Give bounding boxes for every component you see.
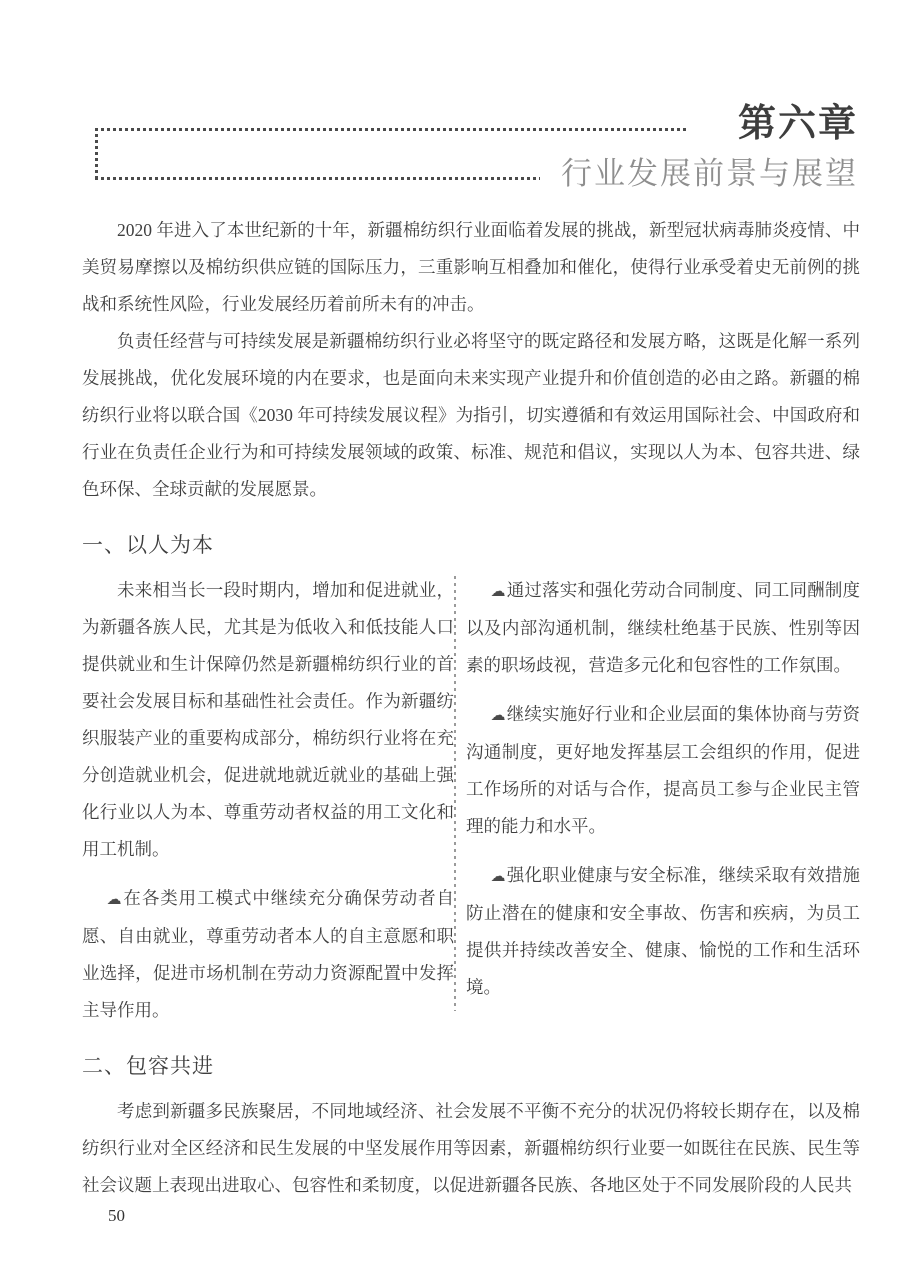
section-heading-inclusive-progress: 二、包容共进: [82, 1050, 860, 1080]
two-column-block: 未来相当长一段时期内，增加和促进就业，为新疆各族人民，尤其是为低收入和低技能人口…: [82, 572, 860, 1029]
right-bullet-item: ☁强化职业健康与安全标准，继续采取有效措施防止潜在的健康和安全事故、伤害和疾病，…: [466, 857, 860, 1006]
cotton-bullet-icon: ☁: [491, 582, 506, 600]
page-content: 2020 年进入了本世纪新的十年，新疆棉纺织行业面临着发展的挑战，新型冠状病毒肺…: [82, 212, 860, 1204]
column-divider-dashed-line: [454, 576, 456, 1011]
header-top-dashed-line: [95, 128, 687, 131]
right-bullet-text-1: 通过落实和强化劳动合同制度、同工同酬制度以及内部沟通机制，继续杜绝基于民族、性别…: [466, 580, 860, 675]
inclusive-paragraph: 考虑到新疆多民族聚居，不同地域经济、社会发展不平衡不充分的状况仍将较长期存在，以…: [82, 1093, 860, 1204]
cotton-bullet-icon: ☁: [107, 890, 123, 908]
left-bullet-text: 在各类用工模式中继续充分确保劳动者自愿、自由就业，尊重劳动者本人的自主意愿和职业…: [82, 888, 454, 1020]
right-bullet-item: ☁继续实施好行业和企业层面的集体协商与劳资沟通制度，更好地发挥基层工会组织的作用…: [466, 696, 860, 845]
section-heading-people-first: 一、以人为本: [82, 529, 860, 559]
right-bullet-text-2: 继续实施好行业和企业层面的集体协商与劳资沟通制度，更好地发挥基层工会组织的作用，…: [466, 704, 860, 836]
cotton-bullet-icon: ☁: [491, 706, 506, 724]
header-bottom-dashed-line: [95, 177, 540, 180]
left-column: 未来相当长一段时期内，增加和促进就业，为新疆各族人民，尤其是为低收入和低技能人口…: [82, 572, 454, 1029]
page-number: 50: [108, 1206, 125, 1226]
intro-paragraph-2: 负责任经营与可持续发展是新疆棉纺织行业必将坚守的既定路径和发展方略，这既是化解一…: [82, 323, 860, 508]
chapter-title: 行业发展前景与展望: [561, 156, 858, 192]
header-left-dashed-line: [95, 128, 98, 180]
right-column: ☁通过落实和强化劳动合同制度、同工同酬制度以及内部沟通机制，继续杜绝基于民族、性…: [462, 572, 860, 1029]
intro-paragraph-1: 2020 年进入了本世纪新的十年，新疆棉纺织行业面临着发展的挑战，新型冠状病毒肺…: [82, 212, 860, 323]
right-bullet-text-3: 强化职业健康与安全标准，继续采取有效措施防止潜在的健康和安全事故、伤害和疾病，为…: [466, 865, 860, 997]
cotton-bullet-icon: ☁: [491, 867, 506, 885]
left-bullet-item: ☁在各类用工模式中继续充分确保劳动者自愿、自由就业，尊重劳动者本人的自主意愿和职…: [82, 880, 454, 1029]
left-lead-paragraph: 未来相当长一段时期内，增加和促进就业，为新疆各族人民，尤其是为低收入和低技能人口…: [82, 572, 454, 868]
right-bullet-item: ☁通过落实和强化劳动合同制度、同工同酬制度以及内部沟通机制，继续杜绝基于民族、性…: [466, 572, 860, 684]
chapter-label: 第六章: [738, 104, 858, 146]
